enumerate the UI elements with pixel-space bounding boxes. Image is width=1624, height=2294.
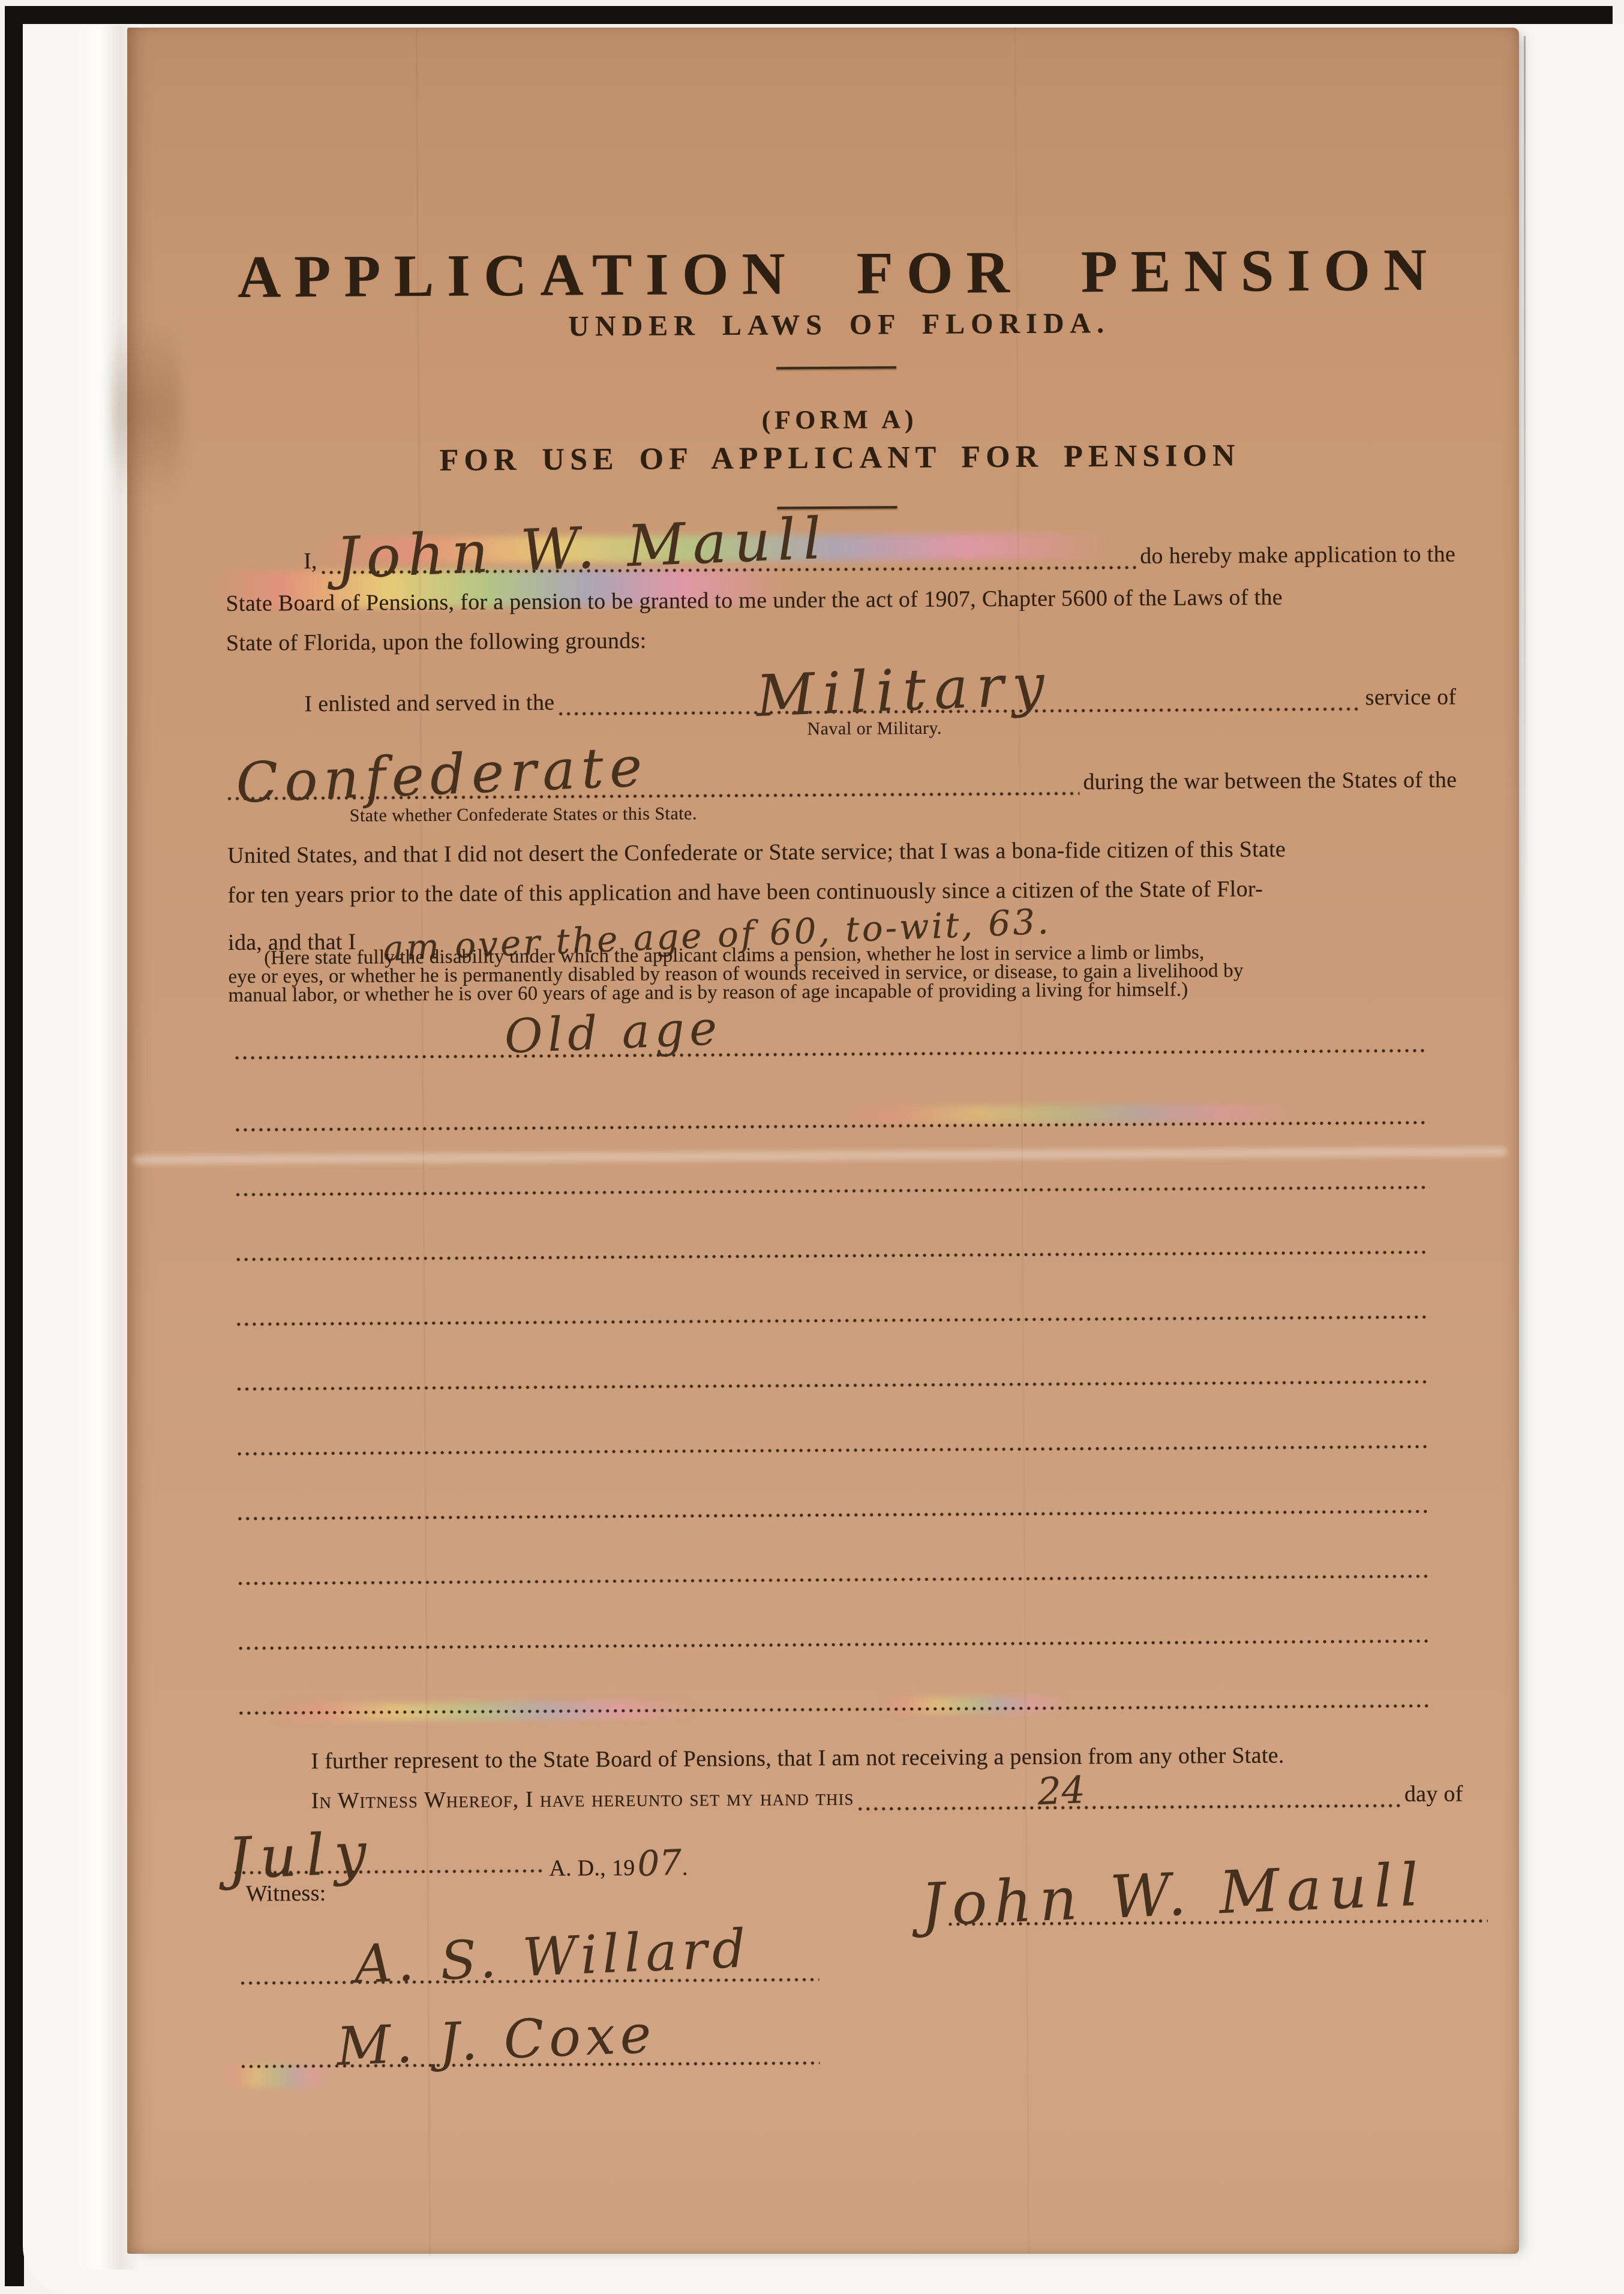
war-service-caption: State whether Confederate States or this… xyxy=(350,803,697,826)
dotted-line xyxy=(235,1120,1429,1133)
opening-line-1: I, John W. Maull do hereby make applicat… xyxy=(226,541,1455,580)
scanner-backdrop-top xyxy=(5,6,1613,25)
service-branch-field: Military xyxy=(558,707,1361,717)
witness-label: Witness: xyxy=(246,1880,326,1907)
witness-whereof-post: day of xyxy=(1404,1781,1463,1808)
dotted-line xyxy=(239,1704,1433,1716)
service-branch-handwriting: Military xyxy=(755,656,1053,725)
disability-instructions: (Here state fully the disability under w… xyxy=(228,941,1464,1005)
form-label: (FORM A) xyxy=(225,401,1455,439)
page-edge-shadow xyxy=(1524,36,1526,906)
dotted-line xyxy=(236,1250,1430,1263)
disability-reason-handwriting: Old age xyxy=(503,1005,722,1061)
witness-whereof-pre: In Witness Whereof, I have hereunto set … xyxy=(311,1785,854,1815)
paper-stain xyxy=(110,284,184,536)
witness-signature-line-2: M. J. Coxe xyxy=(241,2061,819,2070)
service-side-handwriting: Confederate xyxy=(235,739,649,811)
citizenship-line-1: United States, and that I did not desert… xyxy=(227,836,1286,869)
dotted-line xyxy=(236,1315,1430,1327)
witness-signature-line-1: A. S. Willard xyxy=(241,1977,819,1986)
year-prefix: A. D., 19 xyxy=(549,1855,635,1882)
witness-whereof-line: In Witness Whereof, I have hereunto set … xyxy=(233,1781,1463,1820)
war-service-line: Confederate during the war between the S… xyxy=(227,767,1457,806)
enlisted-caption: Naval or Military. xyxy=(605,717,1145,740)
service-side-field: Confederate xyxy=(227,791,1079,802)
dotted-line xyxy=(236,1380,1430,1392)
year-handwriting: 07 xyxy=(637,1845,683,1881)
dotted-line xyxy=(238,1639,1432,1651)
month-field: July xyxy=(233,1869,545,1876)
applicant-signature-line: John W. Maull xyxy=(948,1918,1488,1927)
enlisted-line: I enlisted and served in the Military se… xyxy=(226,684,1456,723)
blank-lines xyxy=(235,1120,1433,1776)
day-handwriting: 24 xyxy=(1037,1771,1086,1810)
war-service-post: during the war between the States of the xyxy=(1083,767,1457,796)
page-title: APPLICATION FOR PENSION xyxy=(224,235,1454,312)
year-period: . xyxy=(682,1854,688,1881)
pension-application-form: APPLICATION FOR PENSION UNDER LAWS OF FL… xyxy=(127,28,1519,2254)
scanner-backdrop-left xyxy=(5,6,24,2286)
opening-pre: I, xyxy=(304,548,317,574)
witness-signature-1-handwriting: A. S. Willard xyxy=(353,1922,752,1991)
dotted-line xyxy=(237,1444,1431,1457)
citizenship-line-2: for ten years prior to the date of this … xyxy=(227,876,1263,909)
enlisted-pre: I enlisted and served in the xyxy=(304,689,554,718)
dotted-line xyxy=(238,1574,1431,1587)
day-field: 24 xyxy=(857,1803,1401,1812)
enlisted-post: service of xyxy=(1365,684,1457,711)
disability-answer-line: Old age xyxy=(235,1048,1428,1061)
dotted-line xyxy=(238,1509,1431,1522)
scanned-document-page: APPLICATION FOR PENSION UNDER LAWS OF FL… xyxy=(0,0,1624,2294)
dotted-line xyxy=(236,1185,1430,1198)
opening-line-2: State Board of Pensions, for a pension t… xyxy=(226,584,1283,617)
applicant-name-field: John W. Maull xyxy=(321,565,1136,575)
month-handwriting: July xyxy=(226,1825,377,1888)
opening-post: do hereby make application to the xyxy=(1140,541,1455,569)
witness-signature-2-handwriting: M. J. Coxe xyxy=(336,2007,658,2073)
divider-rule xyxy=(776,366,896,369)
applicant-name-handwriting: John W. Maull xyxy=(335,511,829,588)
opening-line-3: State of Florida, upon the following gro… xyxy=(226,628,647,656)
page-subtitle: UNDER LAWS OF FLORIDA. xyxy=(224,305,1454,346)
form-use-line: FOR USE OF APPLICANT FOR PENSION xyxy=(225,437,1455,480)
